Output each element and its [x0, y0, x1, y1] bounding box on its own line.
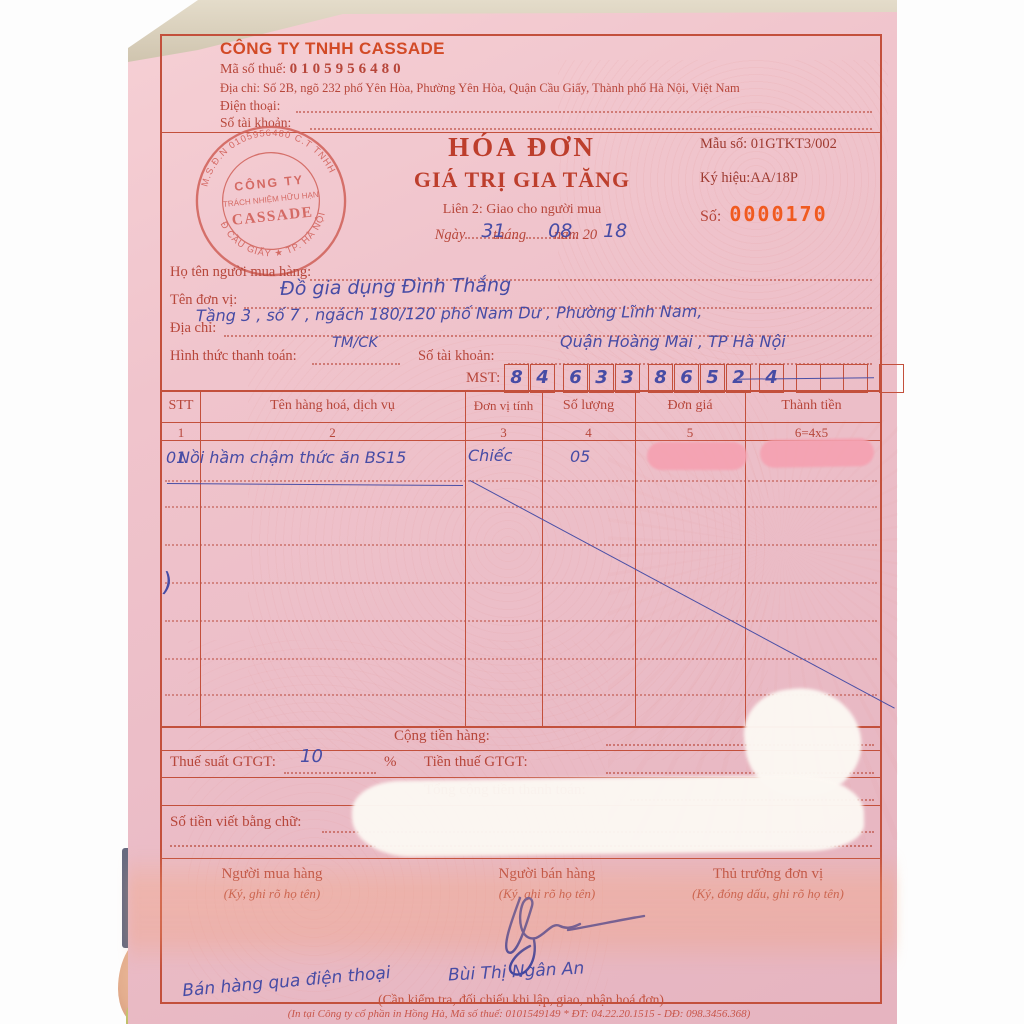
form-model-line: Mẫu số: 01GTKT3/002 [700, 136, 878, 153]
buyer-address-handwritten-1: Tầng 3 , số 7 , ngách 180/120 phố Nam Dư… [196, 302, 702, 325]
seller-phone-line [296, 111, 872, 113]
vat-rate-line [284, 772, 376, 774]
col-header-total: Thành tiền [745, 398, 878, 414]
date-day-handwritten: 31 [481, 220, 505, 242]
row-guide-dotted [165, 620, 877, 622]
row1-item-name-handwritten: Nồi hầm chậm thức ăn BS15 [178, 448, 406, 467]
date-day-label: Ngày [435, 227, 466, 243]
mst-digit-box: 3 [589, 364, 614, 393]
row-guide-dotted [165, 582, 877, 584]
col-num-3: 3 [465, 425, 542, 441]
buyer-signature-note: (Ký, ghi rõ họ tên) [162, 886, 382, 902]
buyer-payment-label: Hình thức thanh toán: [170, 348, 297, 365]
row-guide-dotted [165, 480, 877, 482]
invoice-photo: CÔNG TY TNHH CASSADE Mã số thuế: 0105956… [0, 0, 1024, 1024]
seller-tax-code: 0105956480 [290, 61, 405, 77]
col-num-4: 4 [542, 425, 635, 441]
row-guide-dotted [165, 544, 877, 546]
invoice-border-frame: CÔNG TY TNHH CASSADE Mã số thuế: 0105956… [160, 34, 882, 1004]
mst-digit-box: 4 [530, 364, 555, 393]
vat-rate-handwritten: 10 [300, 746, 323, 767]
company-seal: M.S.Đ.N 0105956480 C.T TNHH Đ CẦU GIẤY ★… [184, 114, 358, 288]
mst-digit-box: 8 [648, 364, 673, 393]
mst-digit-box: 8 [504, 364, 529, 393]
seal-line1: CÔNG TY [233, 172, 304, 194]
col-num-5: 5 [635, 425, 745, 441]
redacted-unit-price [647, 442, 747, 470]
pen-mark: ) [160, 567, 174, 598]
redacted-line-total [760, 438, 874, 468]
signature-section-divider [162, 858, 880, 859]
col-header-stt: STT [162, 398, 200, 414]
form-model-label: Mẫu số: [700, 136, 747, 152]
seller-address: Địa chỉ: Số 2B, ngõ 232 phố Yên Hòa, Phư… [220, 81, 872, 96]
form-model-value: 01GTKT3/002 [751, 136, 837, 152]
seller-account-line [310, 128, 872, 130]
mst-digit-box: 3 [615, 364, 640, 393]
row1-qty-handwritten: 05 [570, 447, 590, 466]
buyer-mst-label: MST: [466, 370, 500, 387]
form-serial-line: Ký hiệu:AA/18P [700, 170, 878, 187]
col-header-name: Tên hàng hoá, dịch vụ [200, 398, 465, 414]
subtotal-label: Cộng tiền hàng: [394, 728, 490, 745]
whiteout-over-amount-in-words [351, 774, 864, 857]
invoice-number-label: Số: [700, 208, 721, 225]
buyer-signature-title: Người mua hàng [162, 866, 382, 883]
buyer-payment-handwritten: TM/CK [332, 335, 378, 351]
mst-empty-box [879, 364, 904, 393]
check-reminder-note: (Cần kiểm tra, đối chiếu khi lập, giao, … [162, 992, 880, 1008]
row1-pen-underline [167, 483, 463, 486]
invoice-date-line: Ngày31 tháng08 năm 2018 [342, 222, 714, 244]
col-header-qty: Số lượng [542, 398, 635, 414]
col-num-2: 2 [200, 425, 465, 441]
seller-company-name: CÔNG TY TNHH CASSADE [220, 39, 445, 59]
column-divider [200, 392, 201, 726]
column-divider [465, 392, 466, 726]
date-year-handwritten: 18 [603, 220, 627, 242]
row1-unit-handwritten: Chiếc [468, 446, 512, 465]
seller-address-value: Số 2B, ngõ 232 phố Yên Hòa, Phường Yên H… [263, 81, 740, 95]
seller-tax-line: Mã số thuế: 0105956480 [220, 61, 405, 78]
mst-digit-box: 6 [563, 364, 588, 393]
row-guide-dotted [165, 658, 877, 660]
items-table: STT Tên hàng hoá, dịch vụ Đơn vị tính Số… [160, 390, 882, 728]
seller-tax-label: Mã số thuế: [220, 62, 286, 77]
seller-address-label: Địa chỉ: [220, 81, 260, 95]
invoice-number-line: Số: 0000170 [700, 202, 878, 226]
col-header-price: Đơn giá [635, 398, 745, 414]
form-serial-value: AA/18P [750, 170, 798, 186]
column-divider [635, 392, 636, 726]
buyer-account-label: Số tài khoản: [418, 348, 495, 365]
amount-in-words-label: Số tiền viết bằng chữ: [170, 814, 301, 831]
printer-footer-note: (In tại Công ty cổ phần in Hồng Hà, Mã s… [160, 1008, 878, 1020]
vat-amount-label: Tiền thuế GTGT: [424, 754, 528, 771]
invoice-subtitle: GIÁ TRỊ GIA TĂNG [342, 167, 702, 193]
header-row-divider [162, 422, 880, 423]
buyer-unit-handwritten: Đồ gia dụng Đình Thắng [280, 274, 512, 300]
invoice-number-value: 0000170 [729, 202, 827, 226]
mst-digit-box: 5 [700, 364, 725, 393]
vat-percent-sign: % [384, 754, 397, 771]
seller-signature-title: Người bán hàng [437, 866, 657, 883]
mst-digit-box: 6 [674, 364, 699, 393]
date-month-handwritten: 08 [548, 220, 572, 242]
column-divider [745, 392, 746, 726]
invoice-title: HÓA ĐƠN [342, 132, 702, 163]
seal-line3: CASSADE [231, 203, 314, 228]
form-serial-label: Ký hiệu: [700, 170, 750, 186]
director-signature-note: (Ký, đóng dấu, ghi rõ họ tên) [658, 886, 878, 902]
seller-phone-label: Điện thoại: [220, 98, 280, 114]
vat-rate-label: Thuế suất GTGT: [170, 754, 276, 771]
invoice-paper: CÔNG TY TNHH CASSADE Mã số thuế: 0105956… [128, 0, 897, 1024]
col-num-1: 1 [162, 425, 200, 441]
invoice-copy-label: Liên 2: Giao cho người mua [342, 202, 702, 218]
director-signature-title: Thủ trưởng đơn vị [658, 866, 878, 883]
col-header-unit: Đơn vị tính [465, 398, 542, 414]
column-divider [542, 392, 543, 726]
buyer-address-handwritten-2: Quận Hoàng Mai , TP Hà Nội [560, 332, 786, 351]
cancellation-diagonal-pen-line [470, 480, 895, 709]
